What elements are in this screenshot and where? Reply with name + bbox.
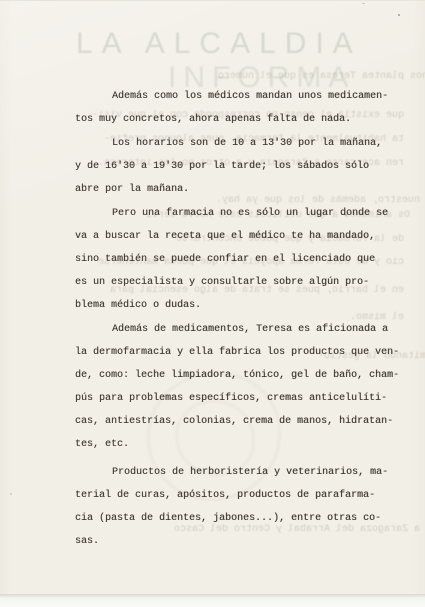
typed-line: Además de medicamentos, Teresa es aficio… — [75, 318, 420, 341]
typed-line: tos muy concretos, ahora apenas falta de… — [75, 108, 420, 131]
typed-text-block: Además como los médicos mandan unos medi… — [75, 85, 420, 554]
bleed-through-headline-alcaldia: LA ALCALDIA — [76, 27, 362, 61]
typed-line: abre por la mañana. — [75, 178, 420, 201]
typed-line: la dermofarmacia y ella fabrica los prod… — [75, 341, 420, 364]
paper-speck — [10, 493, 12, 495]
paragraph: Además de medicamentos, Teresa es aficio… — [75, 318, 420, 456]
paragraph: Pero una farmacia no es sólo un lugar do… — [75, 202, 420, 317]
paper-speck — [345, 214, 347, 216]
typed-line: Los horarios son de 10 a 13'30 por la ma… — [75, 132, 420, 155]
typed-line: Pero una farmacia no es sólo un lugar do… — [75, 202, 420, 225]
paragraph: Además como los médicos mandan unos medi… — [75, 85, 420, 131]
typed-line: sas. — [75, 530, 420, 553]
scanned-page: LA ALCALDIA INFORMA lo que nos plantea T… — [0, 0, 425, 595]
paper-speck — [398, 14, 400, 16]
typed-line: sino también se puede confiar en el lice… — [75, 248, 420, 271]
scanner-background-strip — [0, 594, 425, 607]
paragraph: Productos de herboristería y veterinario… — [75, 461, 420, 553]
paper-speck — [362, 3, 365, 4]
typed-line: y de 16'30 a 19'30 por la tarde; los sáb… — [75, 155, 420, 178]
typed-line: blema médico o dudas. — [75, 294, 420, 317]
bleed-through-line: lo que nos plantea Teresa es que el núme… — [140, 71, 425, 82]
typed-line: terial de curas, apósitos, productos de … — [75, 484, 420, 507]
typed-line: tes, etc. — [75, 433, 420, 456]
typed-line: va a buscar la receta que el médico te h… — [75, 225, 420, 248]
typed-line: cia (pasta de dientes, jabones...), entr… — [75, 507, 420, 530]
typed-line: de, como: leche limpiadora, tónico, gel … — [75, 364, 420, 387]
typed-line: es un especialista y consultarle sobre a… — [75, 271, 420, 294]
typed-line: pús para problemas específicos, cremas a… — [75, 387, 420, 410]
typed-line: cas, antiestrías, colonias, crema de man… — [75, 410, 420, 433]
typed-line: Además como los médicos mandan unos medi… — [75, 85, 420, 108]
paragraph: Los horarios son de 10 a 13'30 por la ma… — [75, 132, 420, 201]
typed-line: Productos de herboristería y veterinario… — [75, 461, 420, 484]
